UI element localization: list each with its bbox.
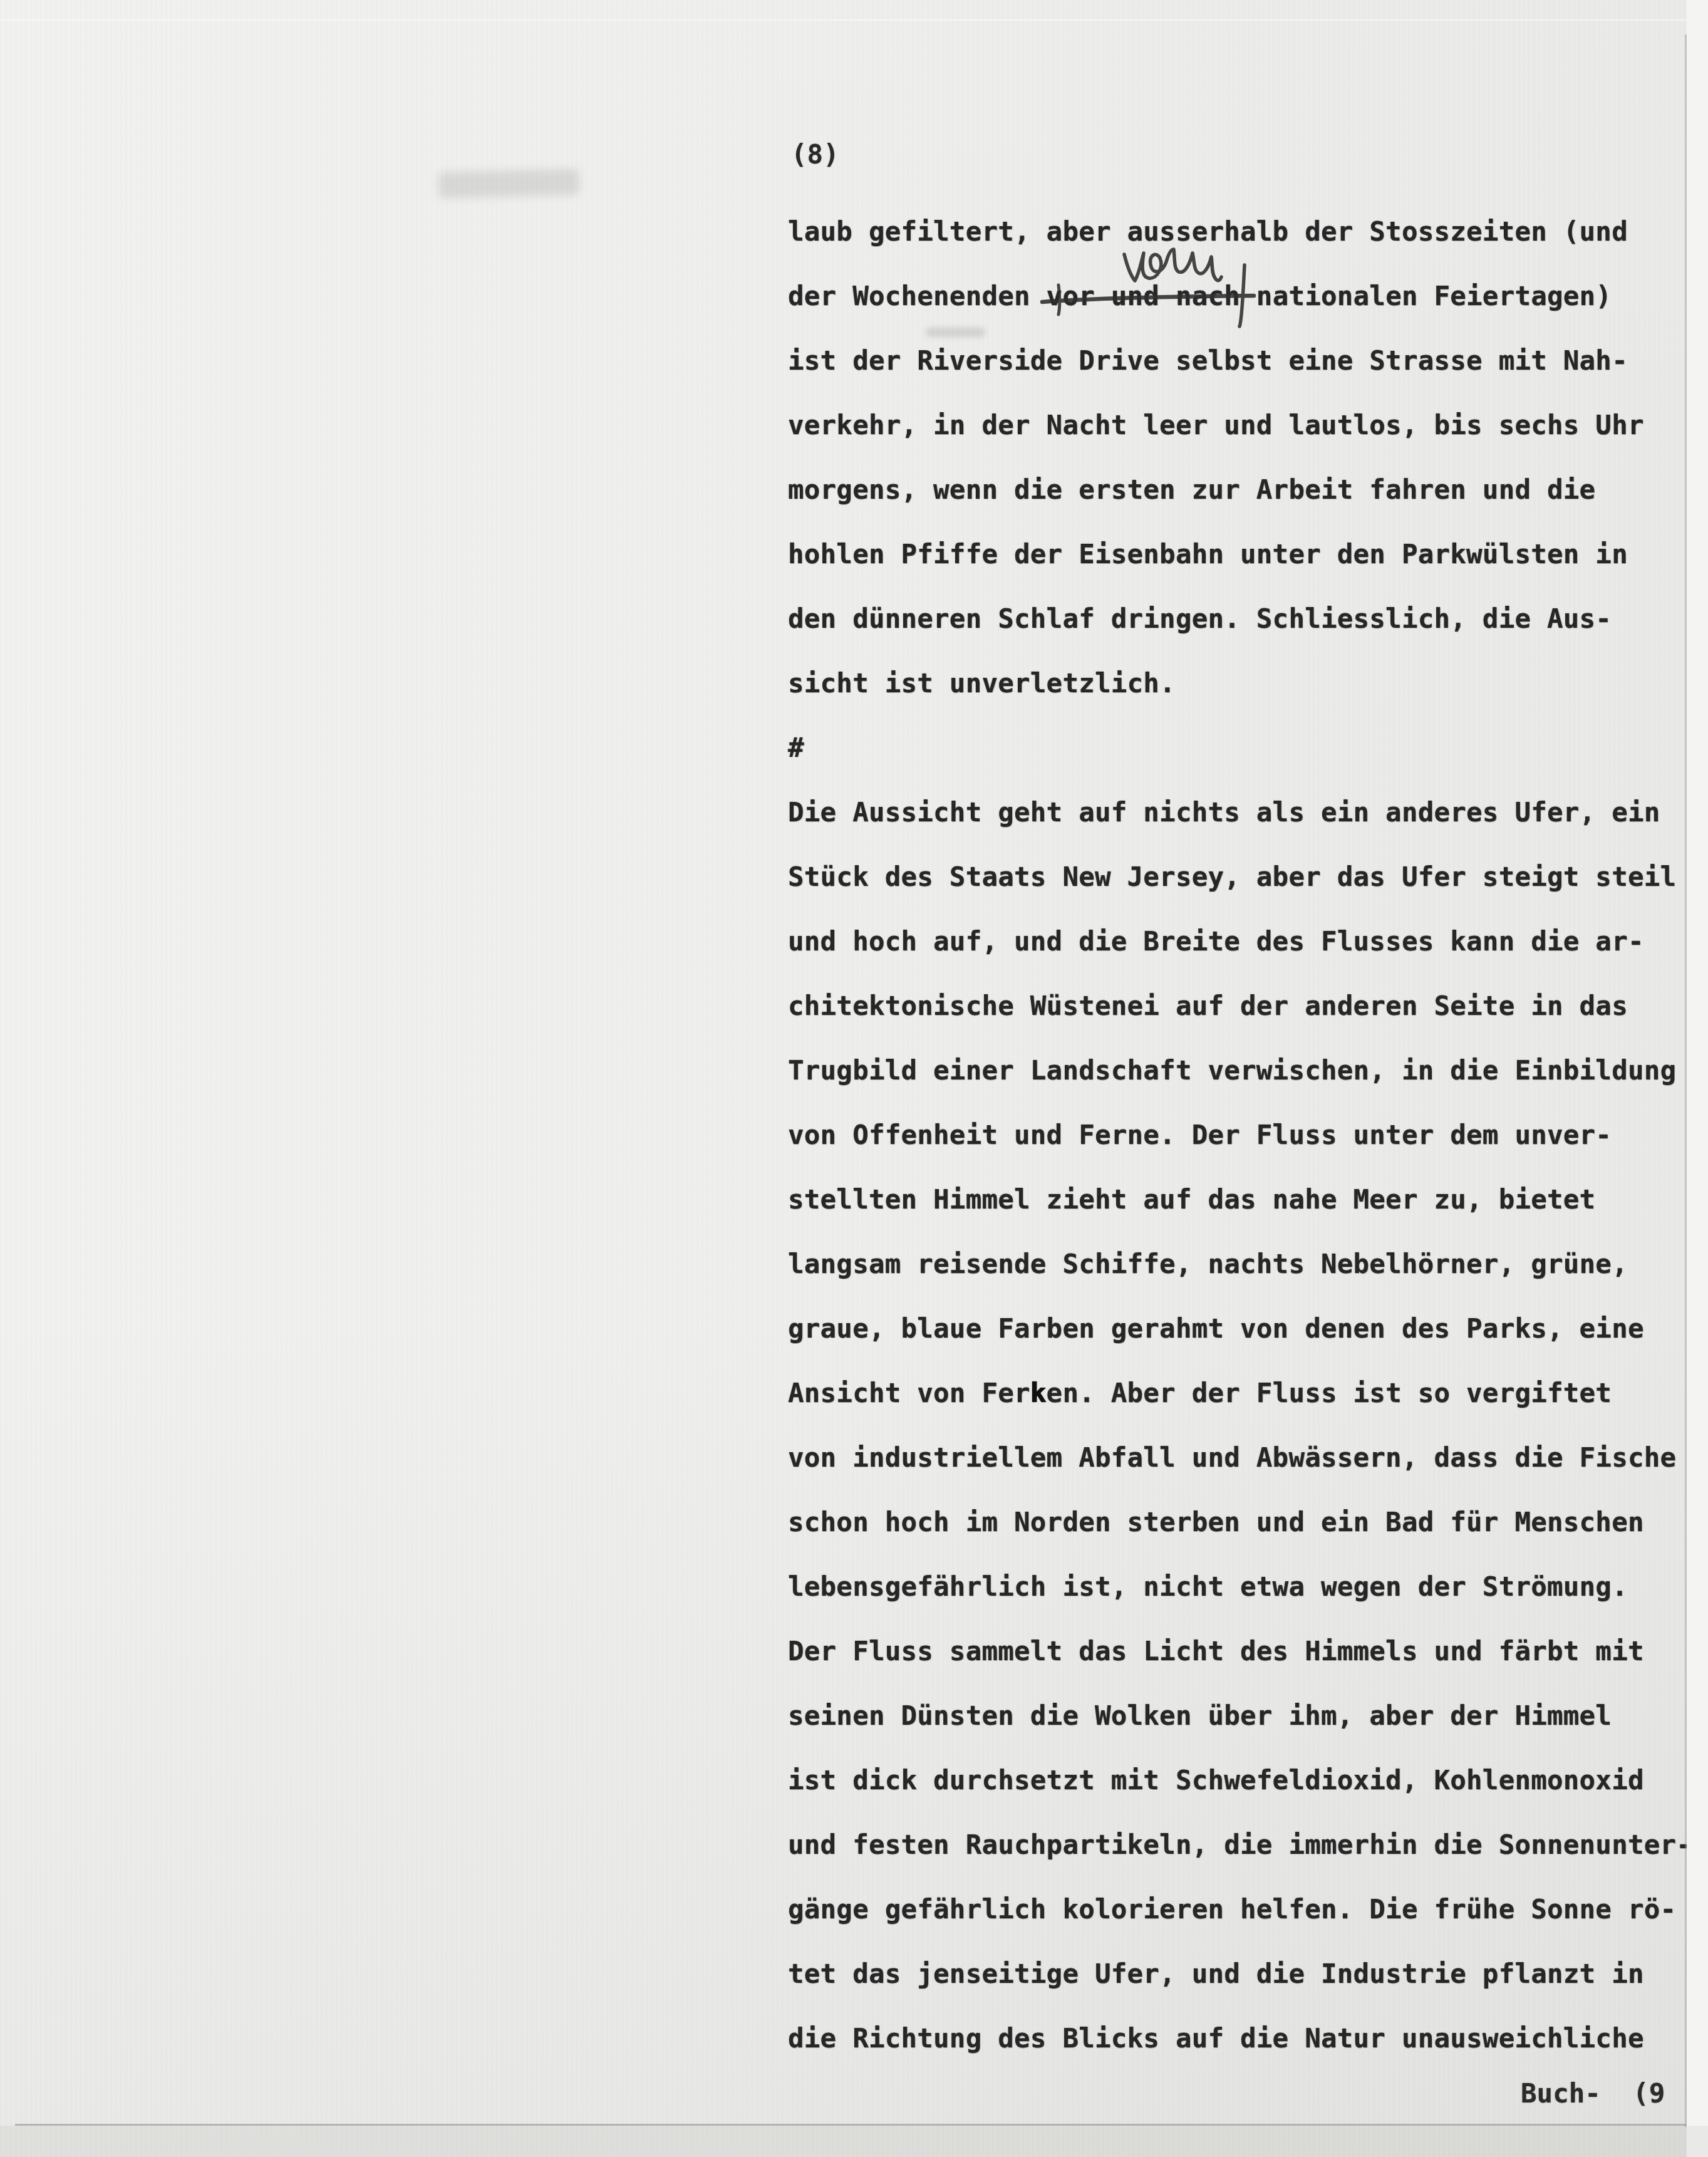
typescript-line: und hoch auf, und die Breite des Flusses… <box>788 929 1644 956</box>
typescript-line: von industriellem Abfall und Abwässern, … <box>788 1445 1676 1472</box>
typescript-line: Stück des Staats New Jersey, aber das Uf… <box>788 865 1676 891</box>
typescript-text: # <box>788 733 804 764</box>
typescript-line: hohlen Pfiffe der Eisenbahn unter den Pa… <box>788 542 1628 569</box>
typescript-line: und festen Rauchpartikeln, die immerhin … <box>788 1832 1692 1859</box>
typescript-text: verkehr, in der Nacht leer und lautlos, … <box>788 410 1644 441</box>
typescript-line: verkehr, in der Nacht leer und lautlos, … <box>788 413 1644 440</box>
page-right-edge-line <box>1685 34 1687 2127</box>
typescript-line: morgens, wenn die ersten zur Arbeit fahr… <box>788 477 1595 504</box>
typescript-text: stellten Himmel zieht auf das nahe Meer … <box>788 1185 1595 1215</box>
typescript-line: schon hoch im Norden sterben und ein Bad… <box>788 1510 1644 1537</box>
manuscript-page: (8) laub gefiltert, aber ausserhalb der … <box>0 0 1708 2157</box>
typescript-text: ist dick durchsetzt mit Schwefeldioxid, … <box>788 1765 1644 1796</box>
ink-smudge <box>926 328 985 337</box>
typescript-line: ist dick durchsetzt mit Schwefeldioxid, … <box>788 1768 1644 1795</box>
typescript-text: Stück des Staats New Jersey, aber das Uf… <box>788 862 1676 893</box>
typescript-line: lebensgefährlich ist, nicht etwa wegen d… <box>788 1574 1628 1601</box>
typescript-text: graue, blaue Farben gerahmt von denen de… <box>788 1314 1644 1344</box>
typescript-line: langsam reisende Schiffe, nachts Nebelhö… <box>788 1252 1628 1279</box>
typescript-text: Ansicht von Fer <box>788 1378 1030 1409</box>
typescript-line: den dünneren Schlaf dringen. Schliesslic… <box>788 606 1612 633</box>
overstruck-character: k <box>1030 1378 1047 1409</box>
page-bottom-edge <box>0 2126 1708 2157</box>
typescript-line: die Richtung des Blicks auf die Natur un… <box>788 2026 1644 2053</box>
typescript-text: den dünneren Schlaf dringen. Schliesslic… <box>788 604 1612 635</box>
typescript-line: von Offenheit und Ferne. Der Fluss unter… <box>788 1123 1612 1150</box>
typescript-text: morgens, wenn die ersten zur Arbeit fahr… <box>788 475 1595 506</box>
typescript-text: Trugbild einer Landschaft verwischen, in… <box>788 1056 1676 1086</box>
page-number: (8) <box>791 142 839 169</box>
typescript-text: schon hoch im Norden sterben und ein Bad… <box>788 1507 1644 1538</box>
typescript-line: sicht ist unverletzlich. <box>788 671 1176 698</box>
typescript-text: chitektonische Wüstenei auf der anderen … <box>788 991 1628 1022</box>
typescript-line: graue, blaue Farben gerahmt von denen de… <box>788 1316 1644 1343</box>
typescript-text: Die Aussicht geht auf nichts als ein and… <box>788 798 1660 828</box>
typescript-line: tet das jenseitige Ufer, und die Industr… <box>788 1962 1644 1988</box>
strikethrough-pen-stroke <box>1042 296 1254 302</box>
typescript-line: stellten Himmel zieht auf das nahe Meer … <box>788 1187 1595 1214</box>
catchword: Buch- (9 <box>1521 2081 1665 2108</box>
typescript-line: Ansicht von Ferken. Aber der Fluss ist s… <box>788 1381 1612 1408</box>
typescript-line: Trugbild einer Landschaft verwischen, in… <box>788 1058 1676 1085</box>
typescript-text: der Wochenenden <box>788 281 1047 312</box>
typescript-line: gänge gefährlich kolorieren helfen. Die … <box>788 1897 1676 1924</box>
typescript-line: # <box>788 735 804 762</box>
typescript-text: sicht ist unverletzlich. <box>788 668 1176 699</box>
scan-top-edge <box>0 19 1708 21</box>
typescript-line: seinen Dünsten die Wolken über ihm, aber… <box>788 1703 1612 1730</box>
typescript-text: von Offenheit und Ferne. Der Fluss unter… <box>788 1120 1612 1151</box>
typescript-line: chitektonische Wüstenei auf der anderen … <box>788 994 1628 1021</box>
typescript-text: hohlen Pfiffe der Eisenbahn unter den Pa… <box>788 539 1628 570</box>
typescript-text: Der Fluss sammelt das Licht des Himmels … <box>788 1636 1644 1667</box>
typescript-text: und hoch auf, und die Breite des Flusses… <box>788 927 1644 957</box>
typescript-text: tet das jenseitige Ufer, und die Industr… <box>788 1959 1644 1990</box>
typescript-text: en. Aber der Fluss ist so vergiftet <box>1047 1378 1612 1409</box>
typescript-text: langsam reisende Schiffe, nachts Nebelhö… <box>788 1249 1628 1280</box>
typescript-text: von industriellem Abfall und Abwässern, … <box>788 1443 1676 1474</box>
typescript-text: und festen Rauchpartikeln, die immerhin … <box>788 1830 1692 1861</box>
typescript-line: Der Fluss sammelt das Licht des Himmels … <box>788 1639 1644 1666</box>
typescript-text: seinen Dünsten die Wolken über ihm, aber… <box>788 1701 1612 1732</box>
typescript-text: lebensgefährlich ist, nicht etwa wegen d… <box>788 1572 1628 1603</box>
handwritten-von-word <box>1124 249 1221 281</box>
typescript-text: gänge gefährlich kolorieren helfen. Die … <box>788 1895 1676 1925</box>
typescript-text: die Richtung des Blicks auf die Natur un… <box>788 2024 1644 2054</box>
typescript-line: Die Aussicht geht auf nichts als ein and… <box>788 800 1660 827</box>
page-right-edge <box>1687 0 1708 2157</box>
handwritten-correction: von <box>1021 226 1334 370</box>
faint-stamp <box>438 169 579 199</box>
